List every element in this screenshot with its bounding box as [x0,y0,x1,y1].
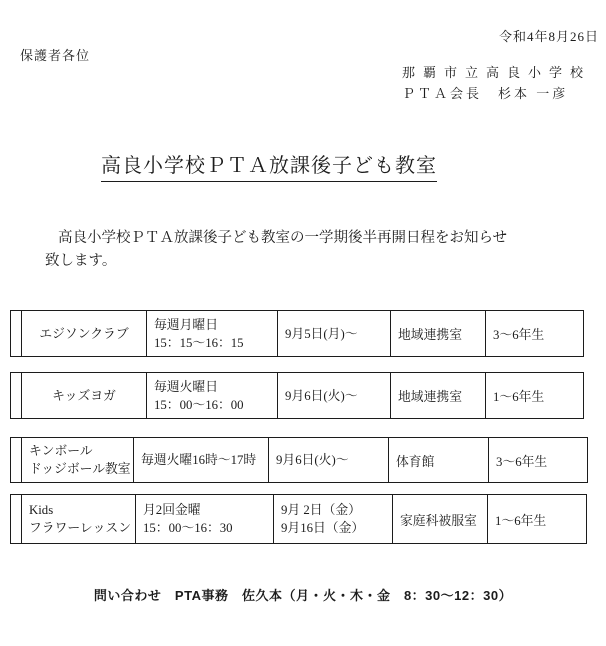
schedule-day: 毎週火曜16時～17時 [141,451,268,469]
class-row-kids-yoga: キッズヨガ 毎週火曜日 15：00～16：00 9月6日(火)～ 地域連携室 1… [10,372,584,419]
table-row: キンボール ドッジボール教室 毎週火曜16時～17時 9月6日(火)～ 体育館 … [11,438,588,483]
location-cell: 地域連携室 [391,373,486,419]
issue-date: 令和4年8月26日 [499,26,599,45]
start-date-cell: 9月 2日（金） 9月16日（金） [274,495,393,544]
table-row: エジソンクラブ 毎週月曜日 15：15～16：15 9月5日(月)～ 地域連携室… [11,311,584,357]
grades-cell: 1～6年生 [488,495,587,544]
class-name: キッズヨガ [24,387,144,405]
start-date: 9月5日(月)～ [285,325,390,343]
marker-cell [11,373,22,419]
schedule-cell: 月2回金曜 15：00～16：30 [136,495,274,544]
start-date: 9月6日(火)～ [276,451,388,469]
start-date: 9月6日(火)～ [285,387,390,405]
class-name-line-1: キンボール [29,442,133,460]
title-row: 高良小学校ＰＴＡ放課後子ども教室 [0,149,538,182]
sender-block: 那覇市立高良小学校 ＰＴＡ会長 杉本 一彦 [402,62,591,104]
schedule-day: 月2回金曜 [143,501,273,519]
schedule-cell: 毎週火曜日 15：00～16：00 [147,373,278,419]
class-name-cell: Kids フラワーレッスン [22,495,136,544]
intro-paragraph: 高良小学校ＰＴＡ放課後子ども教室の一学期後半再開日程をお知らせ 致します。 [45,227,560,273]
schedule-cell: 毎週火曜16時～17時 [134,438,269,483]
start-date-cell: 9月5日(月)～ [278,311,391,357]
marker-cell [11,438,22,483]
class-name-cell: エジソンクラブ [22,311,147,357]
contact-info: 問い合わせ PTA事務 佐久本（月・火・木・金 8：30～12：30） [0,585,606,604]
grades-cell: 1～6年生 [486,373,584,419]
class-row-kinball-dodgeball: キンボール ドッジボール教室 毎週火曜16時～17時 9月6日(火)～ 体育館 … [10,437,588,483]
schedule-time: 15：00～16：00 [154,396,277,414]
start-date-1: 9月 2日（金） [281,501,392,519]
school-name: 那覇市立高良小学校 [402,62,591,83]
table-row: キッズヨガ 毎週火曜日 15：00～16：00 9月6日(火)～ 地域連携室 1… [11,373,584,419]
schedule-day: 毎週月曜日 [154,316,277,334]
schedule-cell: 毎週月曜日 15：15～16：15 [147,311,278,357]
pta-president-name: ＰＴＡ会長 杉本 一彦 [402,83,591,104]
start-date-2: 9月16日（金） [281,519,392,537]
class-row-edison-club: エジソンクラブ 毎週月曜日 15：15～16：15 9月5日(月)～ 地域連携室… [10,310,584,357]
start-date-cell: 9月6日(火)～ [278,373,391,419]
class-name-line-2: ドッジボール教室 [29,460,133,478]
table-row: Kids フラワーレッスン 月2回金曜 15：00～16：30 9月 2日（金）… [11,495,587,544]
grades-cell: 3～6年生 [486,311,584,357]
recipient-label: 保護者各位 [20,45,90,64]
intro-line-2: 致します。 [45,253,116,269]
location-cell: 体育館 [389,438,489,483]
class-name-line-2: フラワーレッスン [29,519,135,537]
class-name-line-1: Kids [29,501,135,519]
schedule-time: 15：00～16：30 [143,519,273,537]
grades-cell: 3～6年生 [489,438,588,483]
schedule-time: 15：15～16：15 [154,334,277,352]
marker-cell [11,311,22,357]
class-row-kids-flower-lesson: Kids フラワーレッスン 月2回金曜 15：00～16：30 9月 2日（金）… [10,494,587,544]
document-title: 高良小学校ＰＴＡ放課後子ども教室 [101,149,437,182]
class-name-cell: キンボール ドッジボール教室 [22,438,134,483]
location-cell: 家庭科被服室 [393,495,488,544]
document-page: 令和4年8月26日 保護者各位 那覇市立高良小学校 ＰＴＡ会長 杉本 一彦 高良… [0,0,606,646]
marker-cell [11,495,22,544]
class-name-cell: キッズヨガ [22,373,147,419]
start-date-cell: 9月6日(火)～ [269,438,389,483]
schedule-day: 毎週火曜日 [154,378,277,396]
class-name: エジソンクラブ [24,325,144,343]
intro-line-1: 高良小学校ＰＴＡ放課後子ども教室の一学期後半再開日程をお知らせ [58,227,507,250]
location-cell: 地域連携室 [391,311,486,357]
